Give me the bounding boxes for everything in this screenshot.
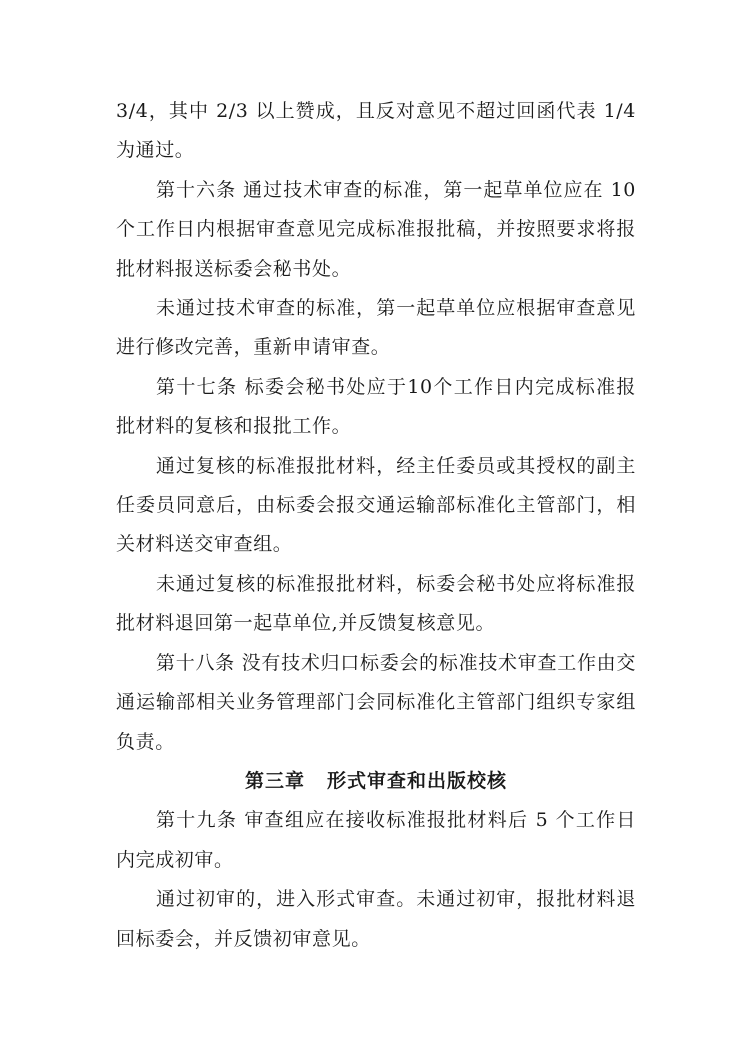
paragraph-article-16-failed: 未通过技术审查的标准，第一起草单位应根据审查意见进行修改完善，重新申请审查。 bbox=[116, 289, 636, 368]
paragraph-voting-threshold: 3/4，其中 2/3 以上赞成，且反对意见不超过回函代表 1/4 为通过。 bbox=[116, 92, 636, 171]
paragraph-article-17: 第十七条 标委会秘书处应于10个工作日内完成标准报批材料的复核和报批工作。 bbox=[116, 368, 636, 447]
chapter-number: 第三章 bbox=[245, 770, 305, 792]
paragraph-article-17-passed: 通过复核的标准报批材料，经主任委员或其授权的副主任委员同意后，由标委会报交通运输… bbox=[116, 447, 636, 565]
paragraph-article-17-failed: 未通过复核的标准报批材料，标委会秘书处应将标准报批材料退回第一起草单位,并反馈复… bbox=[116, 565, 636, 644]
paragraph-article-19: 第十九条 审查组应在接收标准报批材料后 5 个工作日内完成初审。 bbox=[116, 801, 636, 880]
paragraph-article-19-initial-review: 通过初审的，进入形式审查。未通过初审，报批材料退回标委会，并反馈初审意见。 bbox=[116, 880, 636, 959]
chapter-title: 形式审查和出版校核 bbox=[327, 770, 507, 792]
document-page: 3/4，其中 2/3 以上赞成，且反对意见不超过回函代表 1/4 为通过。 第十… bbox=[116, 92, 636, 959]
chapter-heading: 第三章形式审查和出版校核 bbox=[116, 762, 636, 801]
paragraph-article-16: 第十六条 通过技术审查的标准，第一起草单位应在 10 个工作日内根据审查意见完成… bbox=[116, 171, 636, 289]
paragraph-article-18: 第十八条 没有技术归口标委会的标准技术审查工作由交通运输部相关业务管理部门会同标… bbox=[116, 644, 636, 762]
